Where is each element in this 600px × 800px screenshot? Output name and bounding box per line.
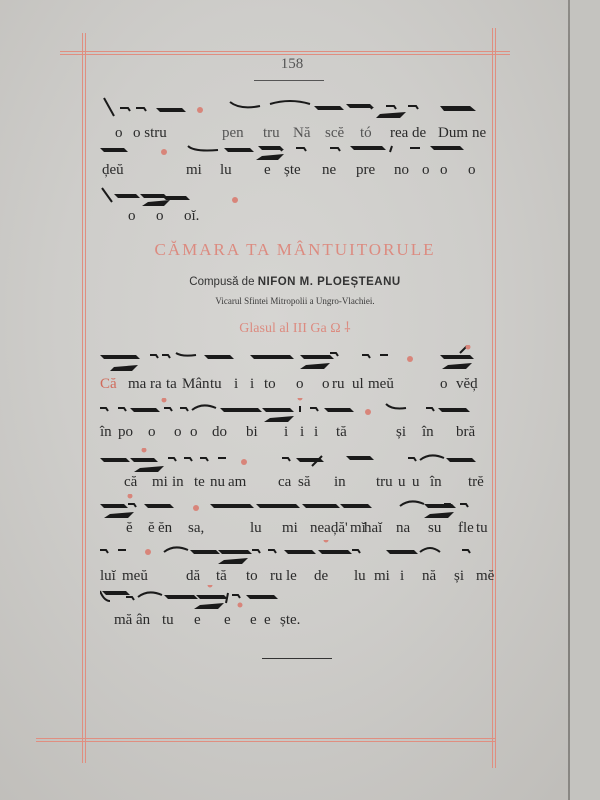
- composer-prefix: Compusă de: [189, 276, 254, 288]
- neume-staff-9: [100, 585, 490, 615]
- hymn-title: CĂMARA TA MÂNTUITORULE: [120, 240, 470, 260]
- syllable: o: [422, 162, 430, 179]
- syllable: e: [264, 612, 271, 629]
- syllable: in: [172, 474, 184, 491]
- syllable: o: [148, 424, 156, 441]
- syllable: u: [412, 474, 420, 491]
- syllable: că: [124, 474, 137, 491]
- lyrics-line-4: Că ma ra ta Mân tu i i to o o ru ul meŭ …: [100, 376, 490, 396]
- syllable: o: [156, 208, 164, 225]
- syllable: lu: [354, 568, 366, 585]
- syllable: mi: [282, 520, 298, 537]
- syllable: am: [228, 474, 246, 491]
- syllable: dă: [186, 568, 200, 585]
- syllable: tu: [210, 376, 222, 393]
- frame-top-rule: [60, 51, 510, 55]
- syllable: tă: [216, 568, 227, 585]
- syllable: în: [100, 424, 112, 441]
- lyrics-line-9: mă ân tu e e e e ște.: [100, 612, 490, 632]
- syllable: mă: [114, 612, 132, 629]
- syllable: tu: [476, 520, 488, 537]
- syllable: ma: [128, 376, 146, 393]
- syllable: trĕ: [468, 474, 484, 491]
- syllable: do: [212, 424, 227, 441]
- syllable: mi: [374, 568, 390, 585]
- syllable: Mân: [182, 376, 210, 393]
- frame-right-rule: [492, 28, 496, 768]
- syllable: o: [440, 376, 448, 393]
- lyrics-line-7: ĕ ĕ ĕn sa, lu mi neaḑă' mĭ haĭ na su fle…: [100, 520, 490, 540]
- syllable: bi: [246, 424, 258, 441]
- lyrics-line-5: în po o o o do bi i i i tă și în bră: [100, 424, 490, 444]
- lyrics-line-3: o o oĭ.: [100, 208, 490, 228]
- frame-bottom-rule: [36, 738, 496, 742]
- syllable: ște.: [280, 612, 300, 629]
- syllable: sa,: [188, 520, 204, 537]
- syllable: nu: [210, 474, 225, 491]
- syllable: vĕḑ: [456, 376, 478, 393]
- syllable: po: [118, 424, 133, 441]
- syllable: ta: [166, 376, 177, 393]
- syllable: o: [190, 424, 198, 441]
- neume-staff-1: [100, 92, 490, 122]
- end-divider: [262, 658, 332, 659]
- syllable: tu: [162, 612, 174, 629]
- syllable: de: [314, 568, 328, 585]
- syllable: ne: [322, 162, 336, 179]
- neume-staff-8: [100, 540, 490, 570]
- syllable: lu: [250, 520, 262, 537]
- syllable: o: [322, 376, 330, 393]
- syllable: tă: [336, 424, 347, 441]
- syllable: o: [440, 162, 448, 179]
- composer-name: NIFON M. PLOEȘTEANU: [258, 276, 401, 288]
- syllable: haĭ: [364, 520, 382, 537]
- syllable: ște: [284, 162, 301, 179]
- syllable: ĕ: [126, 520, 133, 537]
- syllable: i: [284, 424, 288, 441]
- syllable: mi: [186, 162, 202, 179]
- syllable: e: [250, 612, 257, 629]
- syllable: mĕ: [476, 568, 494, 585]
- syllable: i: [250, 376, 254, 393]
- syllable: ul: [352, 376, 364, 393]
- syllable: pre: [356, 162, 375, 179]
- syllable: fle: [458, 520, 474, 537]
- syllable: ra: [150, 376, 162, 393]
- syllable: e: [224, 612, 231, 629]
- syllable: meŭ: [368, 376, 394, 393]
- syllable: ân: [136, 612, 150, 629]
- syllable: meŭ: [122, 568, 148, 585]
- lyrics-line-2: ḑeŭ mi lu e ște ne pre no o o o: [100, 162, 490, 182]
- syllable: i: [314, 424, 318, 441]
- syllable: ĕ: [148, 520, 155, 537]
- syllable: luĭ: [100, 568, 116, 585]
- composer-line: Compusă de NIFON M. PLOEȘTEANU: [120, 276, 470, 288]
- syllable: no: [394, 162, 409, 179]
- syllable: mi: [152, 474, 168, 491]
- frame-left-rule: [82, 33, 86, 763]
- syllable: o: [468, 162, 476, 179]
- syllable: oĭ.: [184, 208, 199, 225]
- syllable: ru: [332, 376, 345, 393]
- syllable: ḑeŭ: [102, 162, 124, 179]
- syllable: te: [194, 474, 205, 491]
- syllable: în: [422, 424, 434, 441]
- syllable: neaḑă': [310, 520, 348, 537]
- next-page-edge: [570, 0, 600, 800]
- page-number-underline: [254, 80, 324, 81]
- syllable: o: [296, 376, 304, 393]
- syllable: le: [286, 568, 297, 585]
- syllable: o: [128, 208, 136, 225]
- syllable: su: [428, 520, 441, 537]
- syllable: tru: [376, 474, 393, 491]
- page-fold-edge: [568, 0, 570, 800]
- page-number: 158: [262, 56, 322, 73]
- syllable: o: [174, 424, 182, 441]
- syllable: i: [300, 424, 304, 441]
- syllable: u: [398, 474, 406, 491]
- syllable: i: [234, 376, 238, 393]
- neume-staff-4: [100, 345, 490, 375]
- syllable: să: [298, 474, 311, 491]
- syllable: e: [264, 162, 271, 179]
- syllable: lu: [220, 162, 232, 179]
- syllable-initial: Că: [100, 376, 117, 393]
- syllable: nă: [422, 568, 436, 585]
- syllable: in: [334, 474, 346, 491]
- mode-indicator: Glasul al III Ga Ω ⸸: [120, 318, 470, 337]
- syllable: bră: [456, 424, 475, 441]
- syllable: și: [396, 424, 406, 441]
- syllable: ĕn: [158, 520, 172, 537]
- composer-title: Vicarul Sfintei Mitropolii a Ungro-Vlach…: [120, 296, 470, 306]
- syllable: ru: [270, 568, 283, 585]
- syllable: to: [264, 376, 276, 393]
- syllable: ca: [278, 474, 291, 491]
- syllable: și: [454, 568, 464, 585]
- syllable: e: [194, 612, 201, 629]
- syllable: în: [430, 474, 442, 491]
- syllable: na: [396, 520, 410, 537]
- syllable: i: [400, 568, 404, 585]
- syllable: to: [246, 568, 258, 585]
- lyrics-line-6: că mi in te nu am ca să in tru u u în tr…: [100, 474, 490, 494]
